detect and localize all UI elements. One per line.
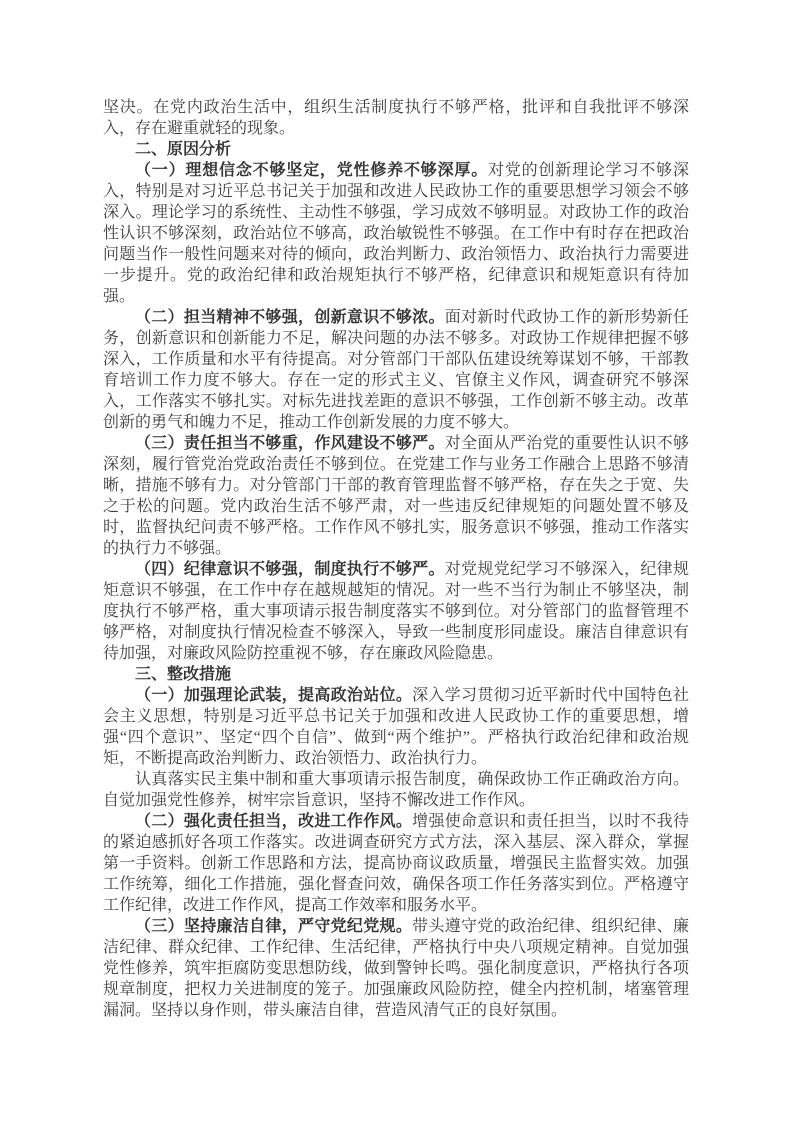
paragraph-cause-3: （三）责任担当不够重，作风建设不够严。对全面从严治党的重要性认识不够深刻，履行管… xyxy=(103,433,689,559)
document-page: 坚决。在党内政治生活中，组织生活制度执行不够严格，批评和自我批评不够深入，存在避… xyxy=(0,0,793,1122)
paragraph-measure-3-lead: （三）坚持廉洁自律，严守党纪党规。 xyxy=(135,918,412,935)
section-heading-cause-analysis: 二、原因分析 xyxy=(103,139,689,160)
paragraph-measure-2-lead: （二）强化责任担当，改进工作作风。 xyxy=(135,813,412,830)
paragraph-cause-4-lead: （四）纪律意识不够强，制度执行不够严。 xyxy=(135,561,445,578)
paragraph-cause-3-body: 对全面从严治党的重要性认识不够深刻，履行管党治党政治责任不够到位。在党建工作与业… xyxy=(103,435,689,557)
paragraph-measure-1: （一）加强理论武装，提高政治站位。深入学习贯彻习近平新时代中国特色社会主义思想，… xyxy=(103,685,689,769)
paragraph-measure-1-supplement-body: 认真落实民主集中制和重大事项请示报告制度，确保政协工作正确政治方向。自觉加强党性… xyxy=(103,771,689,809)
paragraph-measure-1-lead: （一）加强理论武装，提高政治站位。 xyxy=(135,687,412,704)
paragraph-cause-2: （二）担当精神不够强，创新意识不够浓。面对新时代政协工作的新形势新任务，创新意识… xyxy=(103,307,689,433)
paragraph-cause-3-lead: （三）责任担当不够重，作风建设不够严。 xyxy=(135,435,445,452)
paragraph-cause-4: （四）纪律意识不够强，制度执行不够严。对党规党纪学习不够深入，纪律规矩意识不够强… xyxy=(103,559,689,664)
paragraph-measure-3: （三）坚持廉洁自律，严守党纪党规。带头遵守党的政治纪律、组织纪律、廉洁纪律、群众… xyxy=(103,916,689,1021)
paragraph-cause-2-body: 面对新时代政协工作的新形势新任务，创新意识和创新能力不足，解决问题的办法不够多。… xyxy=(103,309,689,431)
document-body: 坚决。在党内政治生活中，组织生活制度执行不够严格，批评和自我批评不够深入，存在避… xyxy=(103,97,689,1021)
paragraph-cause-1: （一）理想信念不够坚定，党性修养不够深厚。对党的创新理论学习不够深入，特别是对习… xyxy=(103,160,689,307)
paragraph-measure-2: （二）强化责任担当，改进工作作风。增强使命意识和责任担当，以时不我待的紧迫感抓好… xyxy=(103,811,689,916)
paragraph-cause-2-lead: （二）担当精神不够强，创新意识不够浓。 xyxy=(135,309,445,326)
paragraph-measure-1-supplement: 认真落实民主集中制和重大事项请示报告制度，确保政协工作正确政治方向。自觉加强党性… xyxy=(103,769,689,811)
paragraph-opening-continuation: 坚决。在党内政治生活中，组织生活制度执行不够严格，批评和自我批评不够深入，存在避… xyxy=(103,97,689,139)
paragraph-cause-1-lead: （一）理想信念不够坚定，党性修养不够深厚。 xyxy=(135,162,488,179)
paragraph-cause-1-body: 对党的创新理论学习不够深入，特别是对习近平总书记关于加强和改进人民政协工作的重要… xyxy=(103,162,689,305)
section-heading-rectification-measures: 三、整改措施 xyxy=(103,664,689,685)
